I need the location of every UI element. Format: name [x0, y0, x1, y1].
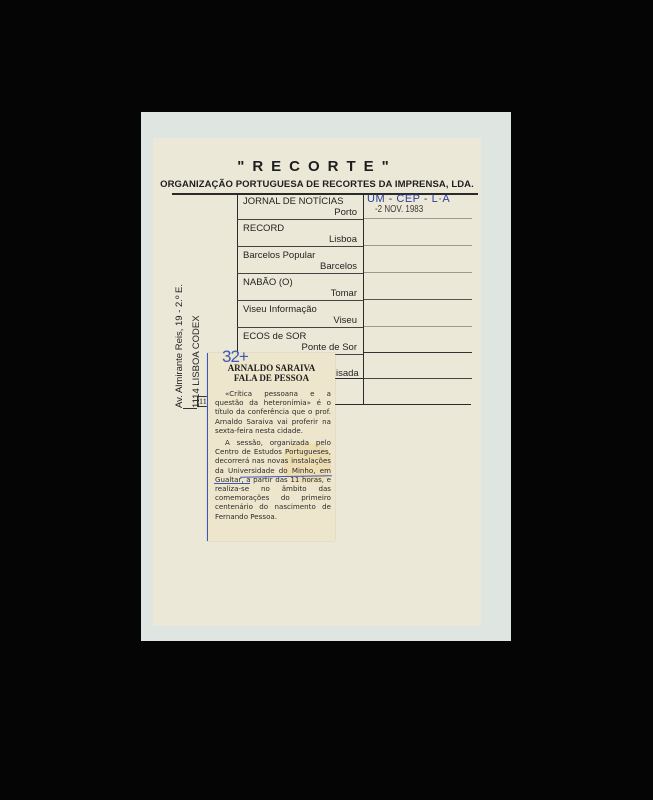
- archive-stamp: UM - CEP - L·A: [367, 190, 450, 205]
- publication-city: Ponte de Sor: [302, 342, 357, 353]
- date-column-line: [364, 218, 472, 219]
- publication-name: NABÃO (O): [243, 277, 293, 288]
- newspaper-clipping: 32+ ARNALDO SARAIVA FALA DE PESSOA «Crít…: [207, 353, 335, 541]
- publication-name: Viseu Informação: [243, 304, 317, 315]
- clipping-paragraph-2: A sessão, organizada pelo Centro de Estu…: [215, 438, 331, 521]
- address-line-1: Av. Almirante Reis, 19 - 2.º E.: [171, 284, 188, 408]
- date-column-line: [364, 299, 472, 300]
- publication-city: Viseu: [333, 315, 357, 326]
- grid-bottom-rule: [333, 404, 471, 405]
- publication-city: Barcelos: [320, 261, 357, 272]
- publication-city: Lisboa: [329, 234, 357, 245]
- address-block: Av. Almirante Reis, 19 - 2.º E. 1114 LIS…: [171, 284, 205, 408]
- date-column-line: [364, 352, 472, 353]
- date-stamp: -2 NOV. 1983: [375, 204, 423, 215]
- document-title: "RECORTE": [153, 158, 481, 175]
- publication-city: Tomar: [331, 288, 357, 299]
- publication-row: ECOS de SOR Ponte de Sor: [237, 328, 363, 355]
- publication-row: JORNAL DE NOTÍCIAS Porto: [237, 193, 363, 220]
- publication-row: RECORD Lisboa: [237, 220, 363, 247]
- document-subtitle: ORGANIZAÇÃO PORTUGUESA DE RECORTES DA IM…: [153, 179, 481, 190]
- publication-name: Barcelos Popular: [243, 250, 315, 261]
- clipping-paragraph-1: «Crítica pessoana e a questão da heteron…: [215, 389, 331, 435]
- date-column-line: [364, 272, 472, 273]
- recorte-card: "RECORTE" ORGANIZAÇÃO PORTUGUESA DE RECO…: [153, 138, 481, 626]
- headline-line-1: ARNALDO SARAIVA: [208, 363, 335, 373]
- publication-city: Porto: [334, 207, 357, 218]
- publication-name: RECORD: [243, 223, 284, 234]
- date-column-line: [364, 378, 472, 379]
- publication-row: Viseu Informação Viseu: [237, 301, 363, 328]
- clipping-body: «Crítica pessoana e a questão da heteron…: [215, 389, 331, 524]
- pen-strikethrough: [214, 483, 250, 484]
- publication-row: NABÃO (O) Tomar: [237, 274, 363, 301]
- row-divider: [331, 378, 363, 379]
- date-column-line: [364, 245, 472, 246]
- publication-name: JORNAL DE NOTÍCIAS: [243, 196, 343, 207]
- address-line-2: 1114 LISBOA CODEX: [188, 284, 205, 408]
- clipping-headline: ARNALDO SARAIVA FALA DE PESSOA: [208, 363, 335, 383]
- publication-name: ECOS de SOR: [243, 331, 306, 342]
- publication-row: Barcelos Popular Barcelos: [237, 247, 363, 274]
- headline-line-2: FALA DE PESSOA: [208, 373, 335, 383]
- date-column-line: [364, 326, 472, 327]
- box-leader-line: [183, 408, 197, 409]
